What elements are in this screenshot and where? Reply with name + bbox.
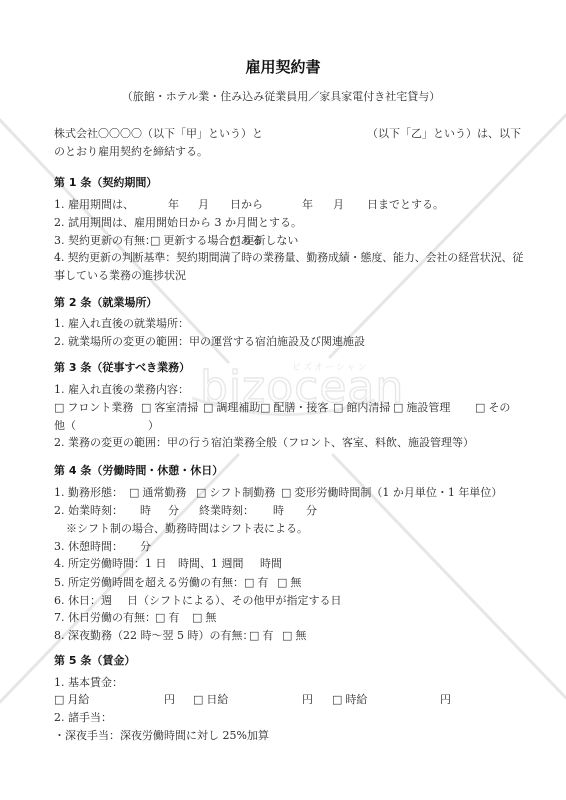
start-hour-label: 時 [140,503,151,519]
heading-text: 第 1 条（契約期間） [54,175,157,191]
option-label: 時給 [345,692,367,708]
checkbox-icon: □ [475,400,485,416]
checkbox-icon: □ [192,610,202,626]
item-label: 3. 契約更新の有無： [54,233,156,249]
option-holiday-work-yes: □有 [155,610,179,626]
start-minute-label: 分 [168,503,179,519]
yen-label: 円 [302,692,313,708]
article-4-heading: 第 4 条（労働時間・休憩・休日） [0,463,566,479]
checkbox-icon: □ [150,233,160,249]
option-label: 通常勤務 [142,485,186,501]
article-5-night-allowance: ・深夜手当：深夜労働時間に対し 25%加算 [0,728,566,744]
article-1-item-2: 2. 試用期間は、雇用開始日から 3 か月間とする。 [0,215,566,231]
intro-line-2: のとおり雇用契約を締結する。 [0,144,566,160]
checkbox-icon: □ [249,628,259,644]
item-text: 1. 基本賃金： [54,675,123,691]
option-overtime-no: □無 [277,575,301,591]
intro-line-1: 株式会社〇〇〇〇（以下「甲」という）と （以下「乙」という）は、以下 [0,126,566,142]
document-title: 雇用契約書 [0,57,566,77]
option-other: □その [475,400,510,416]
article-4-item-5: 5. 所定労働時間を超える労働の有無： □有 □無 [0,575,566,591]
article-1-item-3: 3. 契約更新の有無： □更新する場合がある □更新しない [0,233,566,249]
item-text: 2. 諸手当： [54,710,112,726]
option-front: □フロント業務 [54,400,133,416]
option-label: 調理補助 [216,400,260,416]
option-serving: □配膳・接客 [260,400,328,416]
document-subtitle: （旅館・ホテル業・住み込み従業員用／家具家電付き社宅貸与） [0,89,562,105]
item-label: 3. 休憩時間： [54,539,123,555]
checkbox-icon: □ [282,628,292,644]
article-4-item-3: 3. 休憩時間： 分 [0,539,566,555]
article-1-item-1: 1. 雇用期間は、 年 月 日から 年 月 日までとする。 [0,197,566,213]
option-label: 有 [168,610,179,626]
checkbox-icon: □ [203,400,213,416]
start-time-label: 2. 始業時刻： [54,503,123,519]
article-4-item-1: 1. 勤務形態： □通常勤務 □シフト制勤務 □変形労働時間制（1 か月単位・1… [0,485,566,501]
checkbox-icon: □ [281,485,291,501]
article-4-item-4: 4. 所定労働時間：1 日 時間、1 週間 時間 [0,556,566,572]
item-text: 2. 試用期間は、雇用開始日から 3 か月間とする。 [54,215,302,231]
heading-text: 第 5 条（賃金） [54,653,135,669]
article-3-heading: 第 3 条（従事すべき業務） [0,360,566,376]
start-year-label: 年 [168,197,179,213]
other-close: ） [148,418,159,434]
option-label: シフト制勤務 [209,485,275,501]
item-label: 5. 所定労働時間を超える労働の有無： [54,575,244,591]
document-page: bizocean ビズオーシャン 雇用契約書 （旅館・ホテル業・住み込み従業員用… [0,0,566,800]
option-label: 無 [295,628,306,644]
item-text: 4. 契約更新の判断基準：契約期間満了時の業務量、勤務成績・態度、能力、会社の経… [54,250,523,266]
checkbox-icon: □ [332,692,342,708]
checkbox-icon: □ [54,692,64,708]
option-hourly-wage: □時給 [332,692,367,708]
item-text: 1. 雇入れ直後の業務内容： [54,382,189,398]
article-5-heading: 第 5 条（賃金） [0,653,566,669]
option-daily-wage: □日給 [193,692,228,708]
option-variable-hours: □変形労働時間制（1 か月単位・1 年単位） [281,485,502,501]
option-label: その [488,400,510,416]
heading-text: 第 4 条（労働時間・休憩・休日） [54,463,223,479]
holiday-text: 日（シフトによる）、その他甲が指定する日 [127,593,342,609]
heading-text: 第 2 条（就業場所） [54,295,157,311]
option-room-cleaning: □客室清掃 [141,400,198,416]
checkbox-icon: □ [196,485,206,501]
item-text: 2. 業務の変更の範囲：甲の行う宿泊業務全般（フロント、客室、料飲、施設管理等） [54,435,474,451]
option-shift-work: □シフト制勤務 [196,485,275,501]
option-kitchen-assist: □調理補助 [203,400,260,416]
article-3-other-line: 他（ ） [0,418,566,434]
article-4-item-6: 6. 休日：週 日（シフトによる）、その他甲が指定する日 [0,593,566,609]
article-4-item-8: 8. 深夜勤務（22 時〜翌 5 時）の有無： □有 □無 [0,628,566,644]
checkbox-icon: □ [54,400,64,416]
item-text: 2. 就業場所の変更の範囲：甲の運営する宿泊施設及び関連施設 [54,334,365,350]
article-5-item-1: 1. 基本賃金： [0,675,566,691]
option-facility-management: □施設管理 [393,400,450,416]
option-label: 館内清掃 [346,400,390,416]
option-overtime-yes: □有 [244,575,268,591]
option-regular-shift: □通常勤務 [129,485,186,501]
article-2-item-2: 2. 就業場所の変更の範囲：甲の運営する宿泊施設及び関連施設 [0,334,566,350]
option-label: 客室清掃 [154,400,198,416]
option-label: 日給 [206,692,228,708]
article-2-heading: 第 2 条（就業場所） [0,295,566,311]
note-text: ※シフト制の場合、勤務時間はシフト表による。 [66,521,308,537]
checkbox-icon: □ [277,575,287,591]
option-label: フロント業務 [67,400,133,416]
article-4-item-2: 2. 始業時刻： 時 分 終業時刻： 時 分 [0,503,566,519]
option-label: 配膳・接客 [273,400,328,416]
item-label: 1. 雇用期間は、 [54,197,134,213]
weekly-hours-label: 時間 [260,556,282,572]
checkbox-icon: □ [230,233,240,249]
option-label: 有 [257,575,268,591]
end-minute-label: 分 [306,503,317,519]
option-label: 無 [205,610,216,626]
option-label: 有 [262,628,273,644]
article-1-item-4-line-1: 4. 契約更新の判断基準：契約期間満了時の業務量、勤務成績・態度、能力、会社の経… [0,250,566,266]
end-month-label: 月 [333,197,344,213]
start-day-label: 日から [230,197,263,213]
item-text: ・深夜手当：深夜労働時間に対し 25%加算 [54,728,269,744]
heading-text: 第 3 条（従事すべき業務） [54,360,190,376]
checkbox-icon: □ [193,692,203,708]
item-label: 8. 深夜勤務（22 時〜翌 5 時）の有無： [54,628,253,644]
article-3-item-1: 1. 雇入れ直後の業務内容： [0,382,566,398]
article-4-item-7: 7. 休日労働の有無： □有 □無 [0,610,566,626]
option-label: 更新しない [243,233,298,249]
checkbox-icon: □ [244,575,254,591]
article-1-heading: 第 1 条（契約期間） [0,175,566,191]
option-holiday-work-no: □無 [192,610,216,626]
end-hour-label: 時 [273,503,284,519]
option-night-work-yes: □有 [249,628,273,644]
article-1-item-4-line-2: 事している業務の進捗状況 [0,268,566,284]
daily-hours-label: 時間、1 週間 [178,556,244,572]
item-label: 7. 休日労働の有無： [54,610,156,626]
intro-party-b: （以下「乙」という）は、以下 [367,126,521,142]
option-facility-cleaning: □館内清掃 [333,400,390,416]
checkbox-icon: □ [141,400,151,416]
option-no-renew: □更新しない [230,233,298,249]
item-label: 1. 勤務形態： [54,485,123,501]
end-day-label: 日までとする。 [367,197,444,213]
option-night-work-no: □無 [282,628,306,644]
option-monthly-wage: □月給 [54,692,89,708]
start-month-label: 月 [198,197,209,213]
option-label: 変形労働時間制（1 か月単位・1 年単位） [294,485,502,501]
checkbox-icon: □ [393,400,403,416]
option-label: 月給 [67,692,89,708]
option-label: 無 [290,575,301,591]
item-text: 1. 雇入れ直後の就業場所： [54,316,189,332]
checkbox-icon: □ [129,485,139,501]
checkbox-icon: □ [333,400,343,416]
article-4-shift-note: ※シフト制の場合、勤務時間はシフト表による。 [0,521,566,537]
intro-party-a: 株式会社〇〇〇〇（以下「甲」という）と [54,126,263,142]
article-3-duty-options: □フロント業務 □客室清掃 □調理補助 □配膳・接客 □館内清掃 □施設管理 □… [0,400,566,416]
yen-label: 円 [164,692,175,708]
checkbox-icon: □ [155,610,165,626]
checkbox-icon: □ [260,400,270,416]
item-label: 4. 所定労働時間：1 日 [54,556,167,572]
end-year-label: 年 [302,197,313,213]
yen-label: 円 [440,692,451,708]
article-5-item-2: 2. 諸手当： [0,710,566,726]
other-open: 他（ [54,418,76,434]
item-label: 6. 休日：週 [54,593,112,609]
item-text: 事している業務の進捗状況 [54,268,186,284]
article-3-item-2: 2. 業務の変更の範囲：甲の行う宿泊業務全般（フロント、客室、料飲、施設管理等） [0,435,566,451]
minute-label: 分 [140,539,151,555]
option-label: 施設管理 [406,400,450,416]
intro-text: のとおり雇用契約を締結する。 [54,144,208,160]
article-5-wage-options: □月給 円 □日給 円 □時給 円 [0,692,566,708]
article-2-item-1: 1. 雇入れ直後の就業場所： [0,316,566,332]
end-time-label: 終業時刻： [199,503,254,519]
